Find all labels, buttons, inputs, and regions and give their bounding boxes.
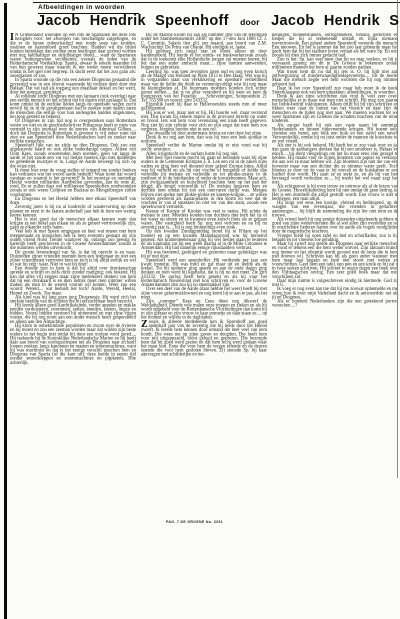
text-column-1: IN Griekenland woonden op een rots de Sp… xyxy=(10,33,136,519)
paragraph: Hij gedroeg zich nogal raar en blonk all… xyxy=(141,49,267,69)
paragraph: Op een kwaden Zondagmiddag stond hij te … xyxy=(141,230,267,250)
paragraph: Hij klom in onbeklimbare populieren en z… xyxy=(10,324,136,365)
paragraph: Hij leerde alleen goed Aardrijkskunde, v… xyxy=(10,304,136,324)
paragraph: Het is niet goed dat de menschen elkaar … xyxy=(10,217,136,229)
scan-edge-left xyxy=(4,3,7,619)
paragraph: Een tweede fout in hem is dat hij altijd… xyxy=(10,267,136,296)
paragraph: Met heel veel moeite mocht hij gaan en b… xyxy=(141,156,267,209)
paragraph: Zijn „nummer” Kees en Cees dient nog dik… xyxy=(141,299,267,319)
article-headline: Jacob Hendrik Speenhoff door Jacob Hendr… xyxy=(37,12,397,31)
paragraph: Als echtgenoot is hij even trouw en ontr… xyxy=(272,185,397,201)
column-text: keningen, tooneelstukken, oorlogsboeken,… xyxy=(272,33,397,308)
newspaper-page: Afbeeldingen in woorden Jacob Hendrik Sp… xyxy=(0,0,400,619)
paragraph: Veel heb ik met Speen omgegaan en heel w… xyxy=(10,230,136,250)
paragraph: Als zanger heeft hij ook een vaste naam … xyxy=(272,123,397,143)
paragraph: Zoo is het: Sp. kan veel meer dan hij nu… xyxy=(272,58,397,70)
text-column-3: keningen, tooneelstukken, oorlogsboeken,… xyxy=(272,33,397,519)
headline-connector: door xyxy=(238,17,262,27)
drop-cap: Z xyxy=(141,320,149,328)
paragraph: IN Griekenland woonden op een rots de Sp… xyxy=(10,33,136,78)
paragraph: keningen, tooneelstukken, oorlogsboeken,… xyxy=(272,33,397,58)
paragraph: Als er honderd Nederlanders zijn die een… xyxy=(272,299,397,307)
paragraph: Zeventig jaren is hij nu al loodrecht of… xyxy=(10,205,136,217)
paragraph: Ik moet hier even de vraag stellen of ie… xyxy=(10,168,136,197)
paragraph: Of Diogenes in zijn tijd nog is overgest… xyxy=(10,119,136,144)
paragraph: Al rollende zocht Diogenes met een lanta… xyxy=(10,94,136,119)
paragraph: Denk ik aan zijne schrifturen dan vind i… xyxy=(272,94,397,123)
footer-text: PAG. 7 DE GROENE No. 3291 xyxy=(166,520,301,524)
paragraph: Ik voeg er nog even aan toe dat hij me z… xyxy=(272,287,397,299)
headline-name-left: Jacob Hendrik Speenhoff xyxy=(37,13,229,29)
paragraph: Maar hij zwierf nog steeds als Diogenes … xyxy=(272,242,397,279)
paragraph: Speenhoff werd een speenhoffer. Hij verd… xyxy=(141,258,267,287)
paragraph: De groote levensdeugd van Sp. is dat hij… xyxy=(10,250,136,266)
column-text: IN Griekenland woonden op een rots de Sp… xyxy=(10,33,136,365)
paragraph: Keesje of Koosje of Kookie was veel te n… xyxy=(141,209,267,229)
headline-name-right: Jacob Hendrik Speenhoff xyxy=(271,13,400,29)
drop-cap: I xyxy=(10,33,15,41)
paragraph: Als ster is hij ook bekend. Hij heeft he… xyxy=(272,144,397,185)
paragraph: Over een deel van de Aarde (daar hebbie … xyxy=(141,287,267,299)
scan-edge-right xyxy=(397,0,398,478)
paragraph: Hij zingt wel eens een kooitje, vleiend … xyxy=(272,201,397,217)
paragraph: In Sparta woonde op die rots een zekere … xyxy=(10,78,136,94)
page-footer: PAG. 7 DE GROENE No. 3291 xyxy=(166,520,301,528)
text-column-2: Bij de Marine kwam hij aan als nummer dr… xyxy=(141,33,268,519)
paragraph: Als vriend heeft hij nog eenige duizende… xyxy=(272,217,397,233)
paragraph: Bij de Marine kwam hij aan als nummer dr… xyxy=(141,33,267,49)
paragraph: Hij was er wel, maar niet er bij. Hij ho… xyxy=(141,111,267,131)
paragraph: Speenhoff lijkt van ter zijde op dien Di… xyxy=(10,144,136,169)
paragraph: Wat troost hem dit nu dat hij iets is. O… xyxy=(272,70,397,86)
column-text: Bij de Marine kwam hij aan als nummer dr… xyxy=(141,33,267,357)
paragraph: Leerling Sp. was toen zeventien jaren ou… xyxy=(141,70,267,103)
top-rule xyxy=(33,2,400,3)
paragraph: Zooals ik alreede mededeelde ken ik Spee… xyxy=(141,320,267,357)
